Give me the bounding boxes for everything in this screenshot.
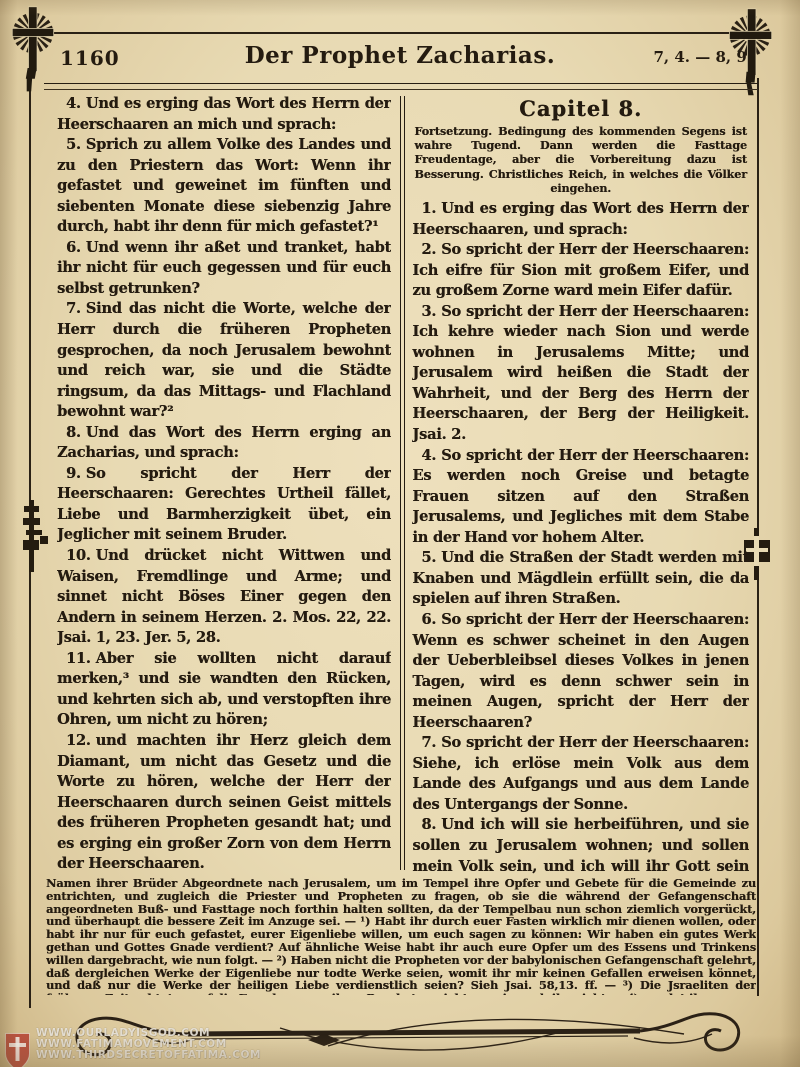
verse-text: So spricht der Herr der Heerschaaren: Ic… — [412, 241, 749, 299]
verse-number: 6. — [66, 239, 81, 256]
verse: 10.Und drücket nicht Wittwen und Waisen,… — [57, 546, 391, 649]
verse: 8.Und ich will sie herbeiführen, und sie… — [412, 815, 749, 876]
verse-number: 4. — [66, 95, 81, 112]
verse-text: Und es erging das Wort des Herrn der Hee… — [57, 95, 391, 133]
verse-text: Und drücket nicht Wittwen und Waisen, Fr… — [57, 547, 391, 646]
verse: 7.So spricht der Herr der Heerschaaren: … — [412, 733, 749, 815]
top-border-rule — [44, 32, 736, 34]
verse-number: 7. — [421, 734, 436, 751]
page-title: Der Prophet Zacharias. — [46, 42, 754, 69]
verse: 4.Und es erging das Wort des Herrn der H… — [57, 94, 391, 135]
verse-number: 5. — [66, 136, 81, 153]
verse-number: 12. — [66, 732, 91, 749]
verse-text: So spricht der Herr der Heerschaaren: Ge… — [57, 465, 391, 544]
scanned-bible-page: 1160 Der Prophet Zacharias. 7, 4. — 8, 9… — [0, 0, 800, 1067]
verse-text: Aber sie wollten nicht darauf merken,³ u… — [57, 650, 391, 729]
verse: 11.Aber sie wollten nicht darauf merken,… — [57, 649, 391, 731]
verse-number: 5. — [421, 549, 436, 566]
column-divider-rule — [400, 96, 405, 870]
border-knot-icon — [14, 500, 54, 572]
chapter-heading: Capitel 8. — [412, 96, 749, 121]
right-column: Capitel 8. Fortsetzung. Bedingung des ko… — [412, 94, 749, 876]
verse-range: 7, 4. — 8, 9. — [653, 48, 752, 66]
verse-number: 2. — [421, 241, 436, 258]
verse: 5.Sprich zu allem Volke des Landes und z… — [57, 135, 391, 238]
verse-text: Sprich zu allem Volke des Landes und zu … — [57, 136, 391, 235]
verse-text: So spricht der Herr der Heerschaaren: Si… — [412, 734, 749, 813]
footnotes-text: Namen ihrer Brüder Abgeordnete nach Jeru… — [46, 877, 756, 995]
watermark-shield-icon — [4, 1032, 31, 1067]
verse: 8.Und das Wort des Herrn erging an Zacha… — [57, 423, 391, 464]
verse-text: So spricht der Herr der Heerschaaren: We… — [412, 611, 749, 731]
verse: 2.So spricht der Herr der Heerschaaren: … — [412, 240, 749, 302]
verse-text: Und ich will sie herbeiführen, und sie s… — [412, 816, 749, 876]
verse: 5.Und die Straßen der Stadt werden mit K… — [412, 548, 749, 610]
verse-number: 9. — [66, 465, 81, 482]
verse: 7.Sind das nicht die Worte, welche der H… — [57, 299, 391, 422]
verse-number: 8. — [421, 816, 436, 833]
verse-number: 3. — [421, 303, 436, 320]
verse-text: Sind das nicht die Worte, welche der Her… — [57, 300, 391, 420]
watermark-url: WWW.THIRDSECRETOFFATIMA.COM — [36, 1050, 261, 1061]
verse-text: So spricht der Herr der Heerschaaren: Es… — [412, 447, 749, 546]
verse-number: 11. — [66, 650, 91, 667]
verse: 12.und machten ihr Herz gleich dem Diama… — [57, 731, 391, 875]
verse-number: 4. — [421, 447, 436, 464]
verse: 4.So spricht der Herr der Heerschaaren: … — [412, 446, 749, 549]
header-divider-rule — [44, 83, 758, 90]
verse-number: 7. — [66, 300, 81, 317]
verse-number: 6. — [421, 611, 436, 628]
verse-text: Und die Straßen der Stadt werden mit Kna… — [412, 549, 749, 607]
verse-text: und machten ihr Herz gleich dem Diamant,… — [57, 732, 391, 872]
verse-number: 10. — [66, 547, 91, 564]
verse: 6.Und wenn ihr aßet und tranket, habt ih… — [57, 238, 391, 300]
verse: 6.So spricht der Herr der Heerschaaren: … — [412, 610, 749, 733]
text-columns: 4.Und es erging das Wort des Herrn der H… — [57, 94, 749, 876]
verse: 9.So spricht der Herr der Heerschaaren: … — [57, 464, 391, 546]
verse-number: 8. — [66, 424, 81, 441]
verse: 1.Und es erging das Wort des Herrn der H… — [412, 199, 749, 240]
verse-text: Und es erging das Wort des Herrn der Hee… — [412, 200, 749, 238]
verse-text: So spricht der Herr der Heerschaaren: Ic… — [412, 303, 749, 443]
chapter-summary: Fortsetzung. Bedingung des kommenden Seg… — [414, 124, 747, 195]
verse-text: Und das Wort des Herrn erging an Zachari… — [57, 424, 391, 462]
verse-number: 1. — [421, 200, 436, 217]
verse: 13.Und wie es geschehen, daß der Herr ge… — [57, 875, 391, 876]
verse: 3.So spricht der Herr der Heerschaaren: … — [412, 302, 749, 446]
left-column: 4.Und es erging das Wort des Herrn der H… — [57, 94, 391, 876]
page-header: 1160 Der Prophet Zacharias. 7, 4. — 8, 9… — [46, 42, 754, 76]
verse-text: Und wenn ihr aßet und tranket, habt ihr … — [57, 239, 391, 297]
watermark: WWW.OURLADYISGOD.COM WWW.FATIMAMOVEMENT.… — [4, 1028, 261, 1067]
